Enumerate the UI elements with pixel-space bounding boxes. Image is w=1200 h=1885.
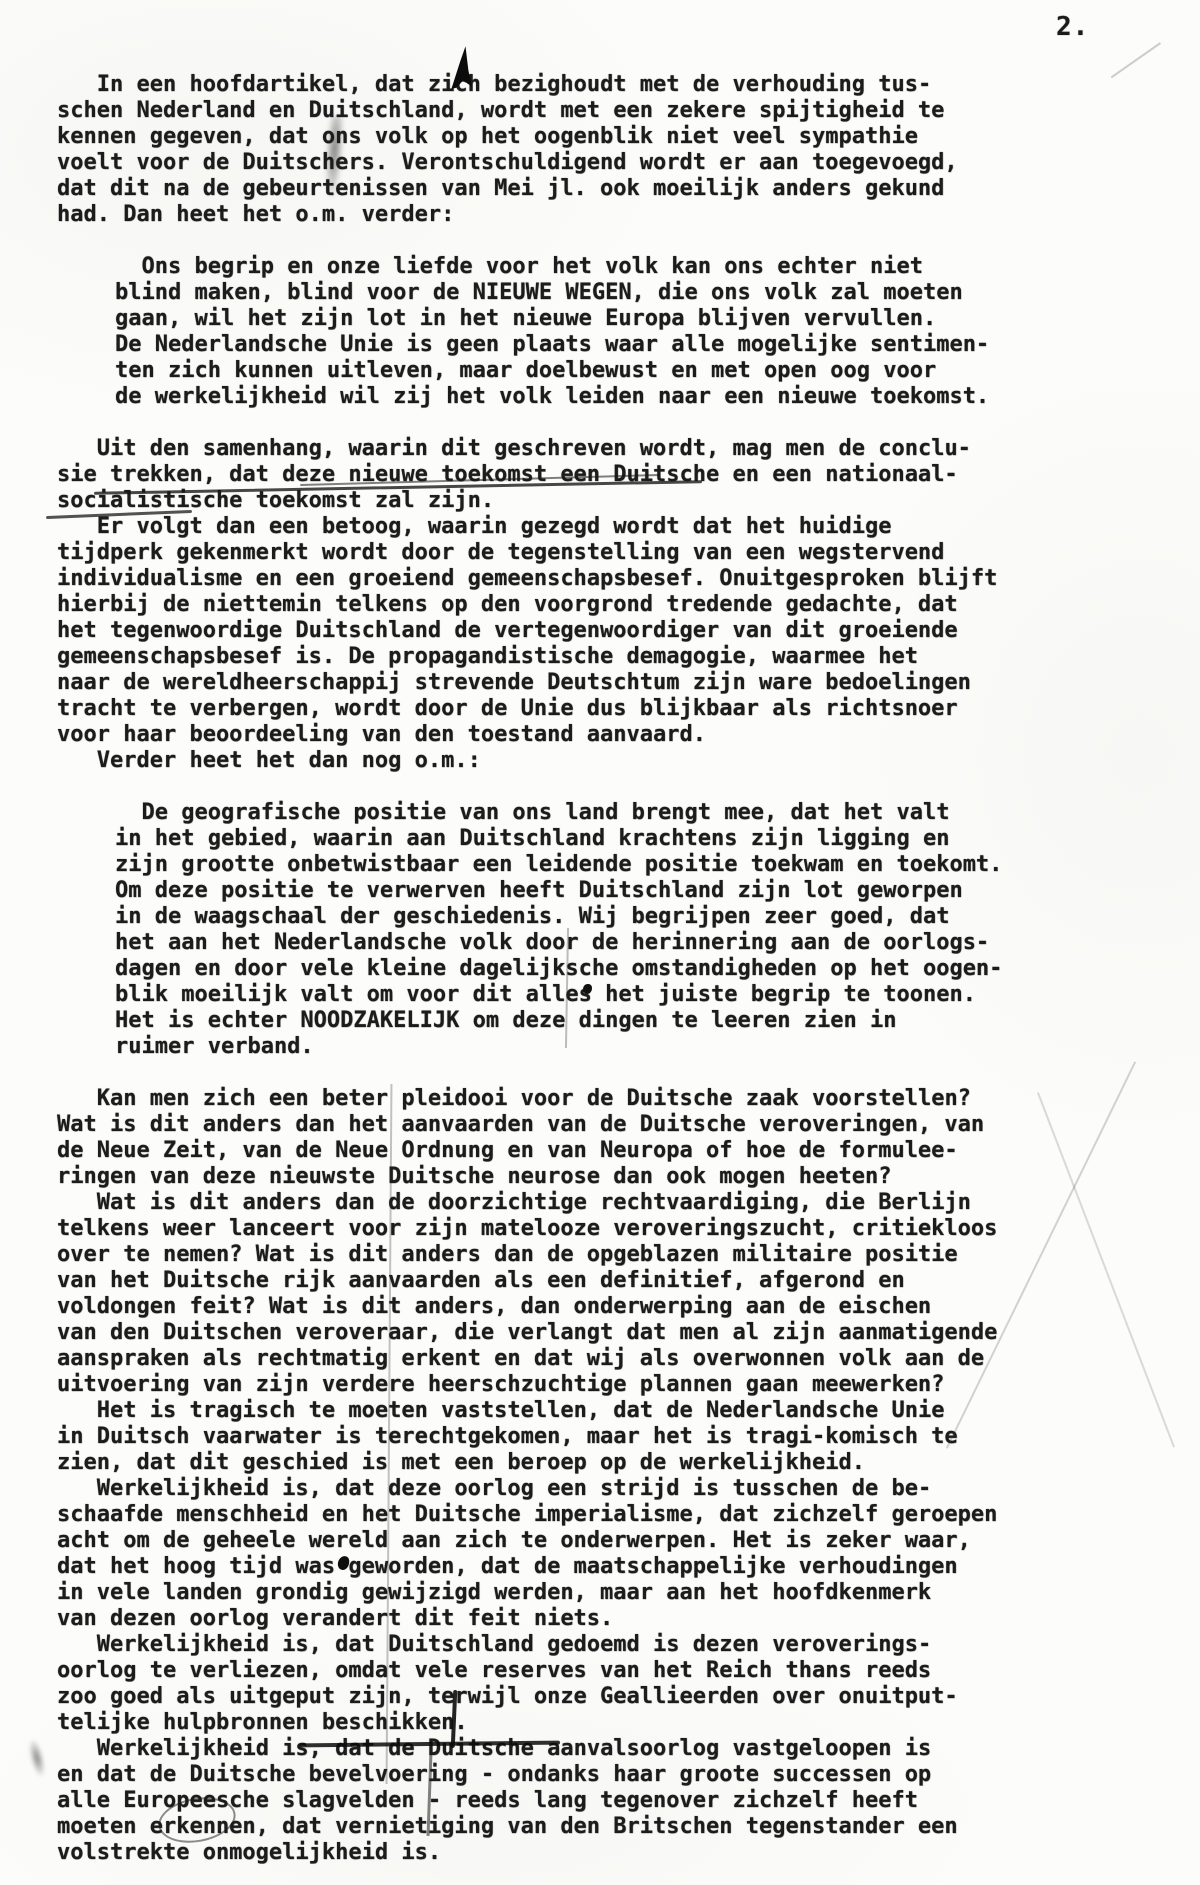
blockquote-unie-citation-2: De geografische positie van ons land bre… [115, 800, 1077, 1060]
ink-smudge-bottom-left [25, 1737, 48, 1779]
document-content: In een hoofdartikel, dat zich bezighoudt… [57, 72, 1077, 1866]
scanned-typewritten-page: 2. In een hoofdartikel, dat zich bezigho… [0, 0, 1200, 1885]
paragraph-intro: In een hoofdartikel, dat zich bezighoudt… [57, 72, 1077, 228]
paper-crease-top-right [1111, 42, 1161, 78]
page-number: 2. [1056, 12, 1089, 42]
blockquote-unie-citation-1: Ons begrip en onze liefde voor het volk … [115, 254, 1077, 410]
paragraph-commentary-2: Kan men zich een beter pleidooi voor de … [57, 1086, 1077, 1866]
paragraph-commentary-1: Uit den samenhang, waarin dit geschreven… [57, 436, 1077, 774]
